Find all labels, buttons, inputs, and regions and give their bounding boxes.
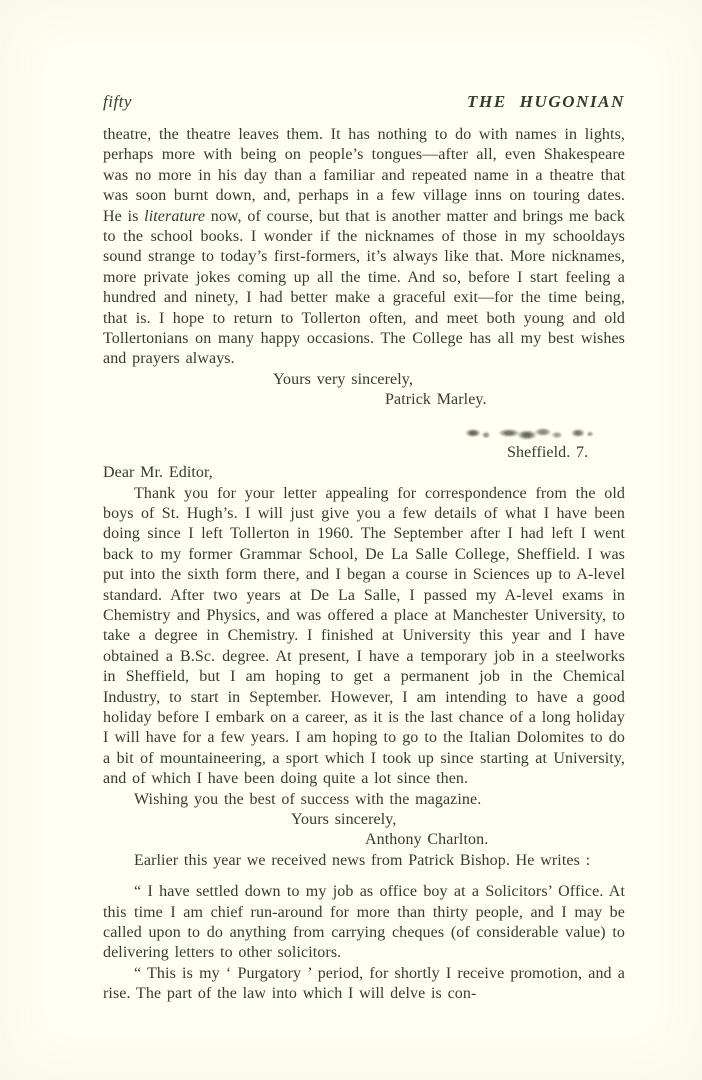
marley-signature: Patrick Marley. bbox=[385, 390, 625, 410]
running-header: fifty THE HUGONIAN bbox=[103, 92, 625, 111]
charlton-valediction: Yours sincerely, bbox=[291, 810, 625, 830]
charlton-address-line: Sheffield. 7. bbox=[507, 443, 625, 463]
marley-valediction: Yours very sincerely, bbox=[273, 370, 625, 390]
editor-note: Earlier this year we received news from … bbox=[103, 851, 625, 871]
charlton-letter-body: Thank you for your letter appealing for … bbox=[103, 484, 625, 790]
charlton-salutation: Dear Mr. Editor, bbox=[103, 463, 625, 483]
charlton-closing-line: Wishing you the best of success with the… bbox=[103, 790, 625, 810]
page-body: theatre, the theatre leaves them. It has… bbox=[103, 125, 625, 1005]
marley-letter-text-after-italic: now, of course, but that is another matt… bbox=[103, 208, 625, 368]
publication-title: THE HUGONIAN bbox=[467, 92, 625, 111]
obscured-address-smudge bbox=[463, 424, 595, 442]
magazine-page: fifty THE HUGONIAN theatre, the theatre … bbox=[0, 0, 702, 1080]
page-number-folio: fifty bbox=[103, 92, 132, 111]
marley-letter-italic-word: literature bbox=[144, 208, 205, 225]
charlton-signature: Anthony Charlton. bbox=[365, 830, 625, 850]
marley-letter-body: theatre, the theatre leaves them. It has… bbox=[103, 125, 625, 370]
bishop-letter-paragraph-2: “ This is my ‘ Purgatory ’ period, for s… bbox=[103, 964, 625, 1005]
bishop-letter-paragraph-1: “ I have settled down to my job as offic… bbox=[103, 882, 625, 964]
charlton-address-block: Sheffield. 7. bbox=[103, 424, 625, 463]
